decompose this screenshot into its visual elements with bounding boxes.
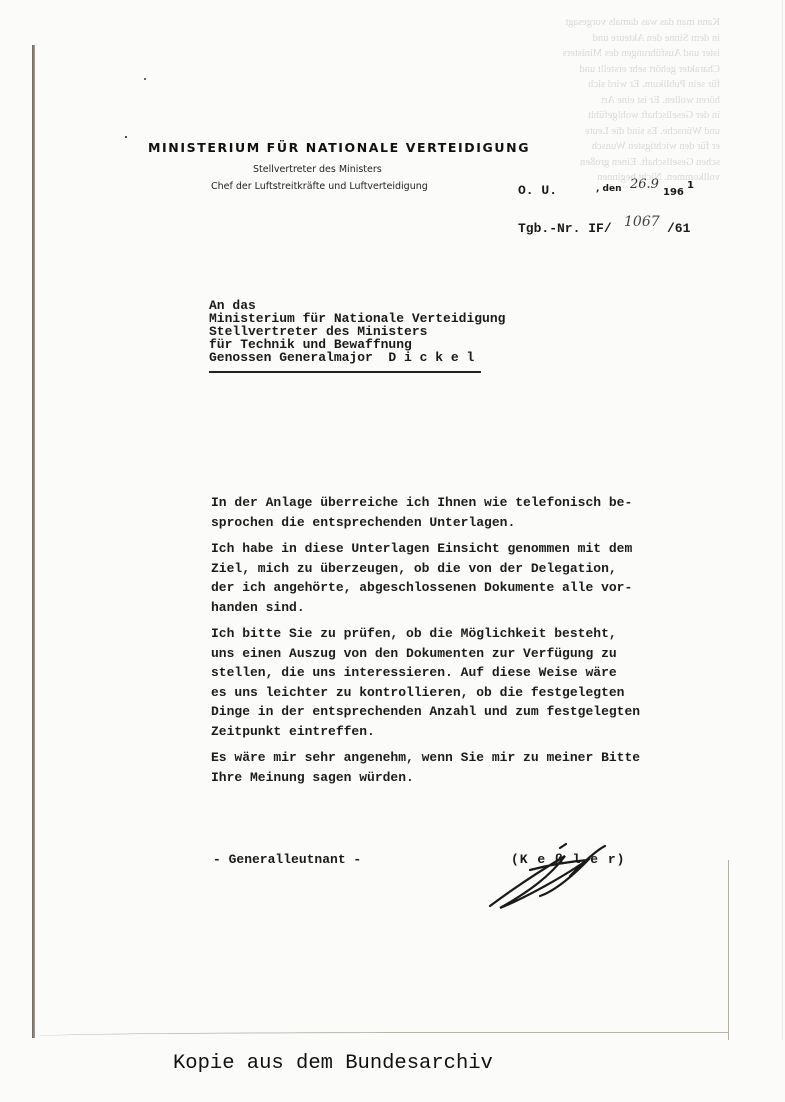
page-edge-right [728,860,729,1040]
signer-rank: - Generalleutnant - [213,852,361,867]
bleed-through-text: Kann man das was damals vorgesagt in dem… [420,15,720,186]
date-year-printed: 196 [663,187,684,198]
date-year-handwritten: 1 [687,180,694,191]
letter-body: In der Anlage überreiche ich Ihnen wie t… [211,493,671,794]
archive-note: Kopie aus dem Bundesarchiv [173,1052,493,1075]
journal-number-prefix: Tgb.-Nr. IF/ [518,221,612,236]
page-edge-left [32,45,35,1038]
ministry-title: MINISTERIUM FÜR NATIONALE VERTEIDIGUNG [148,140,530,155]
body-paragraph: Ich habe in diese Unterlagen Einsicht ge… [211,539,671,617]
letterhead-subtitle-1: Stellvertreter des Ministers [253,164,382,175]
handwritten-signature [470,836,640,916]
speck [125,136,127,138]
recipient-address: An dasMinisterium für Nationale Verteidi… [209,299,505,364]
body-paragraph: Ich bitte Sie zu prüfen, ob die Möglichk… [211,624,671,741]
page-edge-far-right [782,0,783,1040]
date-handwritten: 26.9 [630,177,659,192]
journal-number-suffix: /61 [667,221,690,236]
journal-number-handwritten: 1067 [624,214,660,230]
address-line: Genossen Generalmajor D i c k e l [209,351,505,364]
address-underline [209,371,481,373]
date-prefix: , den [596,184,622,194]
letterhead-subtitle-2: Chef der Luftstreitkräfte und Luftvertei… [211,181,428,192]
speck [144,78,146,80]
classification-mark: O. U. [518,183,557,198]
body-paragraph: Es wäre mir sehr angenehm, wenn Sie mir … [211,748,671,787]
body-paragraph: In der Anlage überreiche ich Ihnen wie t… [211,493,671,532]
page-edge-bottom [38,1032,728,1039]
